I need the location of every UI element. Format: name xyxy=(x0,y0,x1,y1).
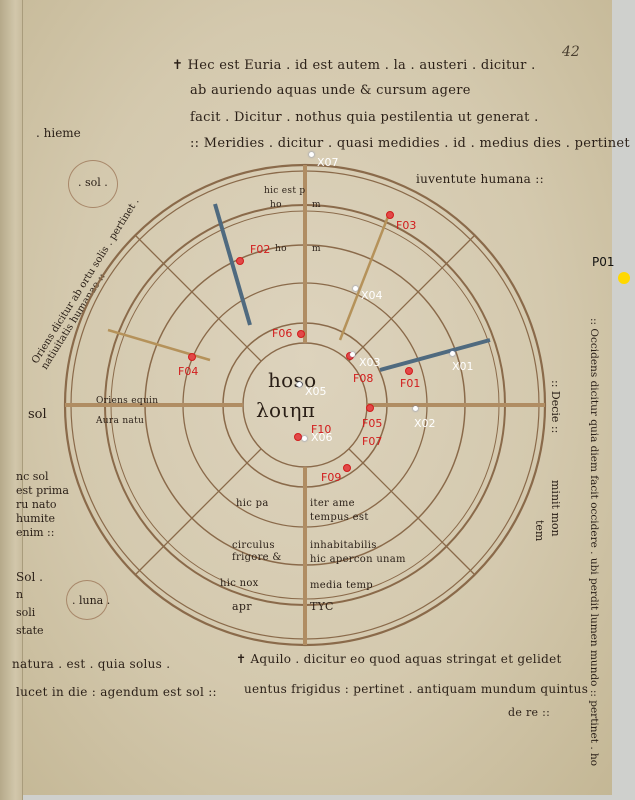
ring-label-bottom-left-3: frigore & xyxy=(232,552,282,563)
fixation-marker-f04[interactable] xyxy=(188,353,196,361)
gaze-label-x03: X03 xyxy=(359,357,381,369)
gaze-label-x04: X04 xyxy=(361,290,383,302)
ring-label-bottom-right-5: media temp xyxy=(310,580,373,591)
gaze-label-x06: X06 xyxy=(311,432,333,444)
fixation-marker-f10[interactable] xyxy=(294,433,302,441)
ring-label-top-5: m xyxy=(312,244,321,254)
ring-label-bottom-left-5: apr xyxy=(232,600,252,613)
ring-label-top: hic est p xyxy=(264,186,305,196)
probe-marker-p01[interactable] xyxy=(618,272,630,284)
fixation-label-f08: F08 xyxy=(353,373,373,385)
ring-label-left-1: Oriens equin xyxy=(96,396,158,406)
ring-label-bottom-right-1: iter ame xyxy=(310,498,355,509)
ring-label-bottom-left-2: circulus xyxy=(232,540,275,551)
gaze-marker-x06[interactable] xyxy=(302,436,307,441)
ring-label-bottom-right-4: hic apercon unam xyxy=(310,554,406,565)
probe-label-p01: P01 xyxy=(592,256,615,268)
ring-label-bottom-right-2: tempus est xyxy=(310,512,369,523)
gaze-label-x01: X01 xyxy=(452,361,474,373)
fixation-label-f04: F04 xyxy=(178,366,198,378)
gaze-marker-x04[interactable] xyxy=(353,286,358,291)
gaze-marker-x02[interactable] xyxy=(413,406,418,411)
gaze-label-x02: X02 xyxy=(414,418,436,430)
ring-label-bottom-left-4: hic nox xyxy=(220,578,259,589)
ring-label-top-3: m xyxy=(312,200,321,210)
ring-label-bottom-right-6: TYC xyxy=(310,600,334,613)
fixation-label-f03: F03 xyxy=(396,220,416,232)
ring-label-top-2: ho xyxy=(270,200,282,210)
fixation-marker-f09[interactable] xyxy=(343,464,351,472)
ring-label-bottom-left-1: hic pa xyxy=(236,498,269,509)
gaze-label-x07: X07 xyxy=(317,157,339,169)
fixation-label-f06: F06 xyxy=(272,328,292,340)
fixation-label-f02: F02 xyxy=(250,244,270,256)
fixation-label-f05: F05 xyxy=(362,418,382,430)
ring-label-top-4: ho xyxy=(275,244,287,254)
gaze-label-x05: X05 xyxy=(305,386,327,398)
gaze-marker-x05[interactable] xyxy=(297,382,302,387)
fixation-marker-f01[interactable] xyxy=(405,367,413,375)
fixation-label-f01: F01 xyxy=(400,378,420,390)
fixation-marker-f02[interactable] xyxy=(236,257,244,265)
ring-label-left-2: Aura natu xyxy=(96,416,144,426)
gaze-marker-x07[interactable] xyxy=(309,152,314,157)
tan-strip-upper-right xyxy=(340,214,389,340)
gaze-marker-x01[interactable] xyxy=(450,351,455,356)
fixation-label-f09: F09 xyxy=(321,472,341,484)
ring-label-bottom-right-3: inhabitabilis xyxy=(310,540,377,551)
fixation-label-f07: F07 xyxy=(362,436,382,448)
fixation-marker-f06[interactable] xyxy=(297,330,305,338)
center-text-bottom: λοιηπ xyxy=(256,398,315,422)
gaze-marker-x03[interactable] xyxy=(350,352,355,357)
fixation-marker-f05[interactable] xyxy=(366,404,374,412)
fixation-marker-f03[interactable] xyxy=(386,211,394,219)
